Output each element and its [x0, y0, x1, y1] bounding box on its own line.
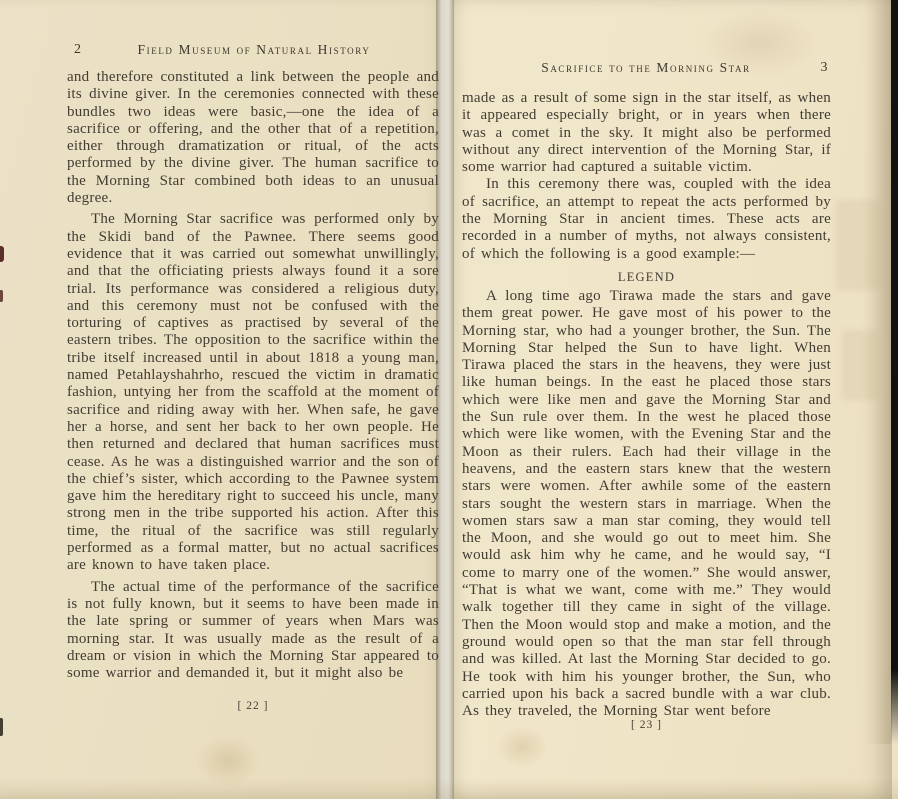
paragraph: and therefore constituted a link between… [67, 69, 439, 207]
scan-edge-mark [0, 246, 4, 262]
paragraph: The actual time of the performance of th… [67, 579, 439, 683]
scan-edge-mark [0, 718, 3, 736]
scan-edge-strip [891, 0, 898, 744]
right-running-header: Sacrifice to the Morning Star [478, 60, 814, 76]
left-page-text: and therefore constituted a link between… [67, 69, 439, 682]
right-page-number: 3 [814, 60, 834, 76]
section-heading: LEGEND [462, 270, 831, 285]
bottom-edge-shadow [0, 778, 898, 799]
left-folio: [ 22 ] [67, 700, 439, 712]
right-folio: [ 23 ] [462, 719, 831, 731]
paragraph: The Morning Star sacrifice was performed… [67, 211, 439, 574]
book-scan: 2 Field Museum of Natural History and th… [0, 0, 898, 799]
right-page-text: made as a result of some sign in the sta… [462, 90, 831, 720]
scan-edge-mark [0, 290, 3, 302]
paragraph: A long time ago Tirawa made the stars an… [462, 288, 831, 720]
paragraph: made as a result of some sign in the sta… [462, 90, 831, 176]
right-margin-shadow [864, 0, 891, 744]
paragraph: In this ceremony there was, coupled with… [462, 176, 831, 262]
left-running-header: Field Museum of Natural History [68, 42, 440, 58]
